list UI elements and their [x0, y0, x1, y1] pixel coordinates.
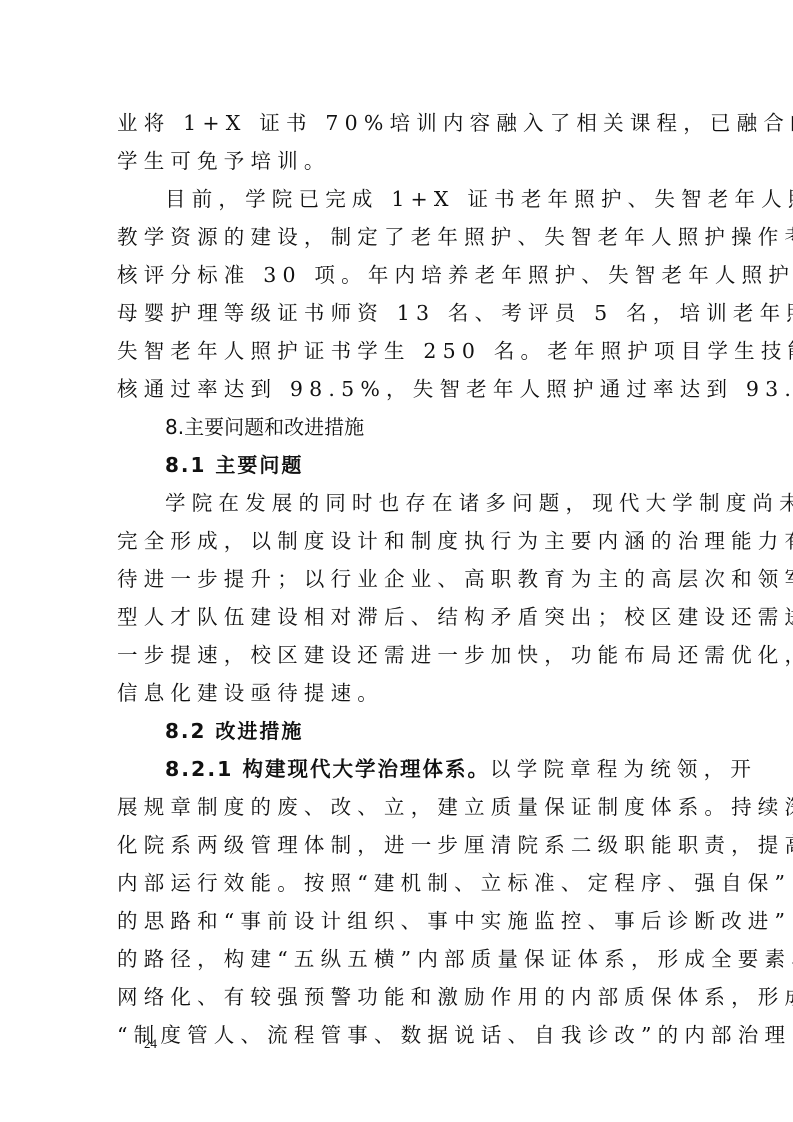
paragraph-line: 的路径，构建“五纵五横”内部质量保证体系，形成全要素、	[117, 940, 677, 978]
paragraph-line: 学生可免予培训。	[117, 142, 677, 180]
paragraph-line: 母婴护理等级证书师资 13 名、考评员 5 名，培训老年照护、	[117, 294, 677, 332]
paragraph-line: 内部运行效能。按照“建机制、立标准、定程序、强自保”	[117, 864, 677, 902]
paragraph-line: 核通过率达到 98.5%，失智老年人照护通过率达到 93.2%。	[117, 370, 677, 408]
subsection-heading-problems: 8.1 主要问题	[117, 446, 677, 484]
paragraph-line: 目前，学院已完成 1+X 证书老年照护、失智老年人照护	[117, 180, 677, 218]
item-bold-lead: 8.2.1 构建现代大学治理体系。	[165, 757, 490, 781]
page-number: 24	[144, 1036, 157, 1052]
paragraph-line: 化院系两级管理体制，进一步厘清院系二级职能职责，提高	[117, 826, 677, 864]
paragraph-line: 展规章制度的废、改、立，建立质量保证制度体系。持续深	[117, 788, 677, 826]
paragraph-line: 信息化建设亟待提速。	[117, 674, 677, 712]
paragraph-line: 8.2.1 构建现代大学治理体系。以学院章程为统领，开	[117, 750, 677, 788]
paragraph-line: 学院在发展的同时也存在诸多问题，现代大学制度尚未	[117, 484, 677, 522]
subsection-heading-measures: 8.2 改进措施	[117, 712, 677, 750]
item-first-line-text: 以学院章程为统领，开	[490, 757, 757, 781]
paragraph-line: “制度管人、流程管事、数据说话、自我诊改”的内部治理	[117, 1016, 677, 1054]
paragraph-line: 失智老年人照护证书学生 250 名。老年照护项目学生技能考	[117, 332, 677, 370]
paragraph-line: 一步提速，校区建设还需进一步加快，功能布局还需优化，	[117, 636, 677, 674]
paragraph-line: 核评分标准 30 项。年内培养老年照护、失智老年人照护、	[117, 256, 677, 294]
paragraph-line: 型人才队伍建设相对滞后、结构矛盾突出；校区建设还需进	[117, 598, 677, 636]
paragraph-line: 业将 1+X 证书 70%培训内容融入了相关课程，已融合的内容，	[117, 104, 677, 142]
section-heading: 8.主要问题和改进措施	[117, 408, 677, 446]
paragraph-line: 的思路和“事前设计组织、事中实施监控、事后诊断改进”	[117, 902, 677, 940]
paragraph-line: 教学资源的建设，制定了老年照护、失智老年人照护操作考	[117, 218, 677, 256]
document-page: 业将 1+X 证书 70%培训内容融入了相关课程，已融合的内容， 学生可免予培训…	[117, 104, 677, 1054]
paragraph-line: 网络化、有较强预警功能和激励作用的内部质保体系，形成	[117, 978, 677, 1016]
paragraph-line: 待进一步提升；以行业企业、高职教育为主的高层次和领军	[117, 560, 677, 598]
paragraph-line: 完全形成，以制度设计和制度执行为主要内涵的治理能力有	[117, 522, 677, 560]
